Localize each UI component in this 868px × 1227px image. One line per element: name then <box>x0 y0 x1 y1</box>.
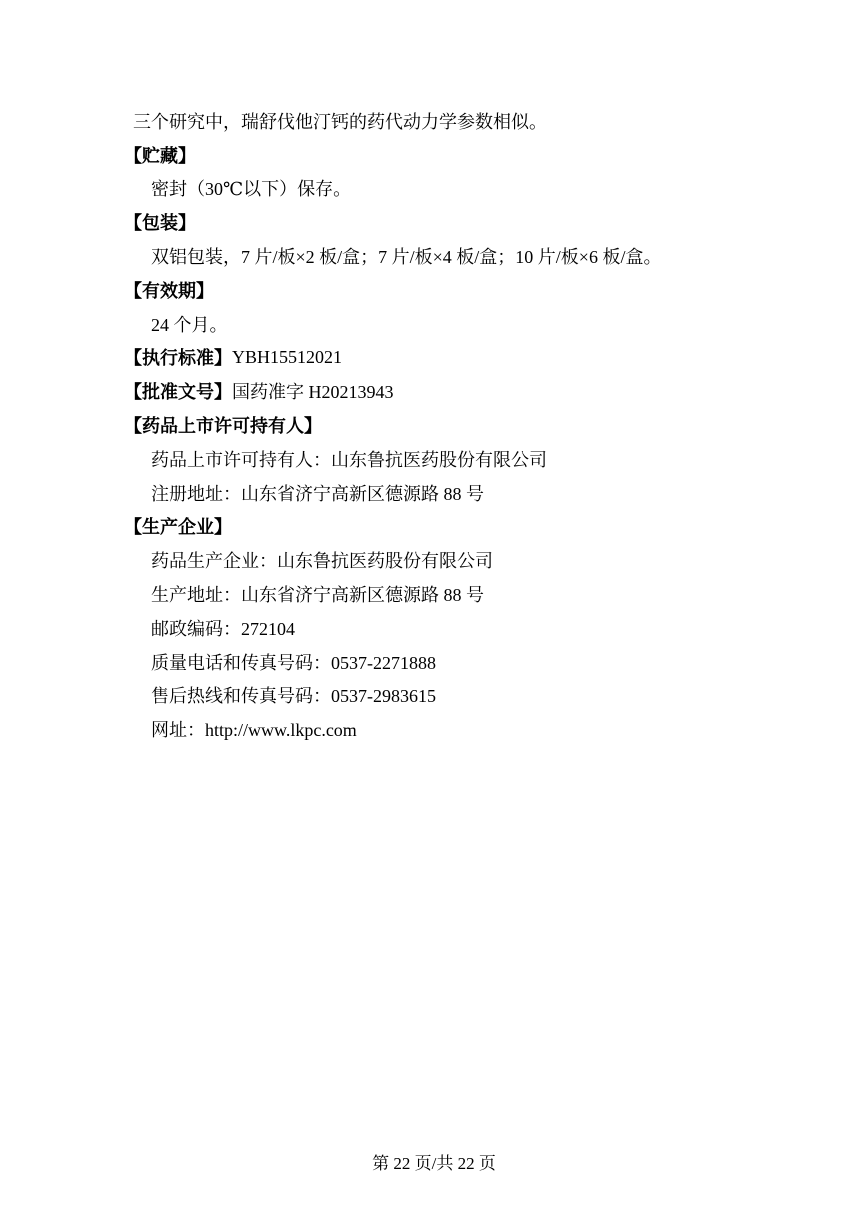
body-text: 售后热线和传真号码：0537-2983615 <box>151 682 436 708</box>
license-holder-name-line: 药品上市许可持有人：山东鲁抗医药股份有限公司 <box>0 442 868 476</box>
approval-number-heading: 【批准文号】 <box>124 378 232 404</box>
production-address-line: 生产地址：山东省济宁高新区德源路 88 号 <box>0 577 868 611</box>
section-validity-heading: 【有效期】 <box>0 273 868 307</box>
executive-standard-heading: 【执行标准】 <box>124 344 232 370</box>
body-text: 质量电话和传真号码：0537-2271888 <box>151 649 436 675</box>
body-text: 24 个月。 <box>151 311 228 337</box>
body-text: 注册地址：山东省济宁高新区德源路 88 号 <box>151 480 484 506</box>
paragraph-text: 三个研究中，瑞舒伐他汀钙的药代动力学参数相似。 <box>133 108 547 134</box>
executive-standard-value: YBH15512021 <box>232 347 342 368</box>
heading-text: 【有效期】 <box>124 277 214 303</box>
heading-text: 【生产企业】 <box>124 513 232 539</box>
website-line: 网址：http://www.lkpc.com <box>0 712 868 746</box>
page-content: 三个研究中，瑞舒伐他汀钙的药代动力学参数相似。 【贮藏】 密封（30℃以下）保存… <box>0 104 868 746</box>
heading-text: 【药品上市许可持有人】 <box>124 412 322 438</box>
section-approval-number-line: 【批准文号】国药准字 H20213943 <box>0 374 868 408</box>
packaging-spec-line: 双铝包装，7 片/板×2 板/盒；7 片/板×4 板/盒；10 片/板×6 板/… <box>0 239 868 273</box>
approval-number-value: 国药准字 H20213943 <box>232 378 394 404</box>
quality-phone-fax-line: 质量电话和传真号码：0537-2271888 <box>0 645 868 679</box>
document-page: 三个研究中，瑞舒伐他汀钙的药代动力学参数相似。 【贮藏】 密封（30℃以下）保存… <box>0 0 868 1227</box>
page-footer: 第 22 页/共 22 页 <box>0 1145 868 1179</box>
section-manufacturer-heading: 【生产企业】 <box>0 510 868 544</box>
website-url-text: 网址：http://www.lkpc.com <box>151 716 357 742</box>
section-executive-standard-line: 【执行标准】YBH15512021 <box>0 341 868 375</box>
validity-period-line: 24 个月。 <box>0 307 868 341</box>
storage-instruction-line: 密封（30℃以下）保存。 <box>0 172 868 206</box>
section-license-holder-heading: 【药品上市许可持有人】 <box>0 408 868 442</box>
heading-text: 【贮藏】 <box>124 142 196 168</box>
body-text: 药品上市许可持有人：山东鲁抗医药股份有限公司 <box>151 446 547 472</box>
service-hotline-fax-line: 售后热线和传真号码：0537-2983615 <box>0 679 868 713</box>
section-storage-heading: 【贮藏】 <box>0 138 868 172</box>
registered-address-line: 注册地址：山东省济宁高新区德源路 88 号 <box>0 476 868 510</box>
heading-text: 【包装】 <box>124 209 196 235</box>
body-text: 生产地址：山东省济宁高新区德源路 88 号 <box>151 581 484 607</box>
postal-code-line: 邮政编码：272104 <box>0 611 868 645</box>
body-text: 双铝包装，7 片/板×2 板/盒；7 片/板×4 板/盒；10 片/板×6 板/… <box>151 243 661 269</box>
body-text: 药品生产企业：山东鲁抗医药股份有限公司 <box>151 547 493 573</box>
section-packaging-heading: 【包装】 <box>0 205 868 239</box>
page-number-indicator: 第 22 页/共 22 页 <box>372 1149 496 1174</box>
manufacturer-name-line: 药品生产企业：山东鲁抗医药股份有限公司 <box>0 543 868 577</box>
body-text: 密封（30℃以下）保存。 <box>151 175 351 201</box>
body-text: 邮政编码：272104 <box>151 615 295 641</box>
paragraph-pharmacokinetics-note: 三个研究中，瑞舒伐他汀钙的药代动力学参数相似。 <box>0 104 868 138</box>
